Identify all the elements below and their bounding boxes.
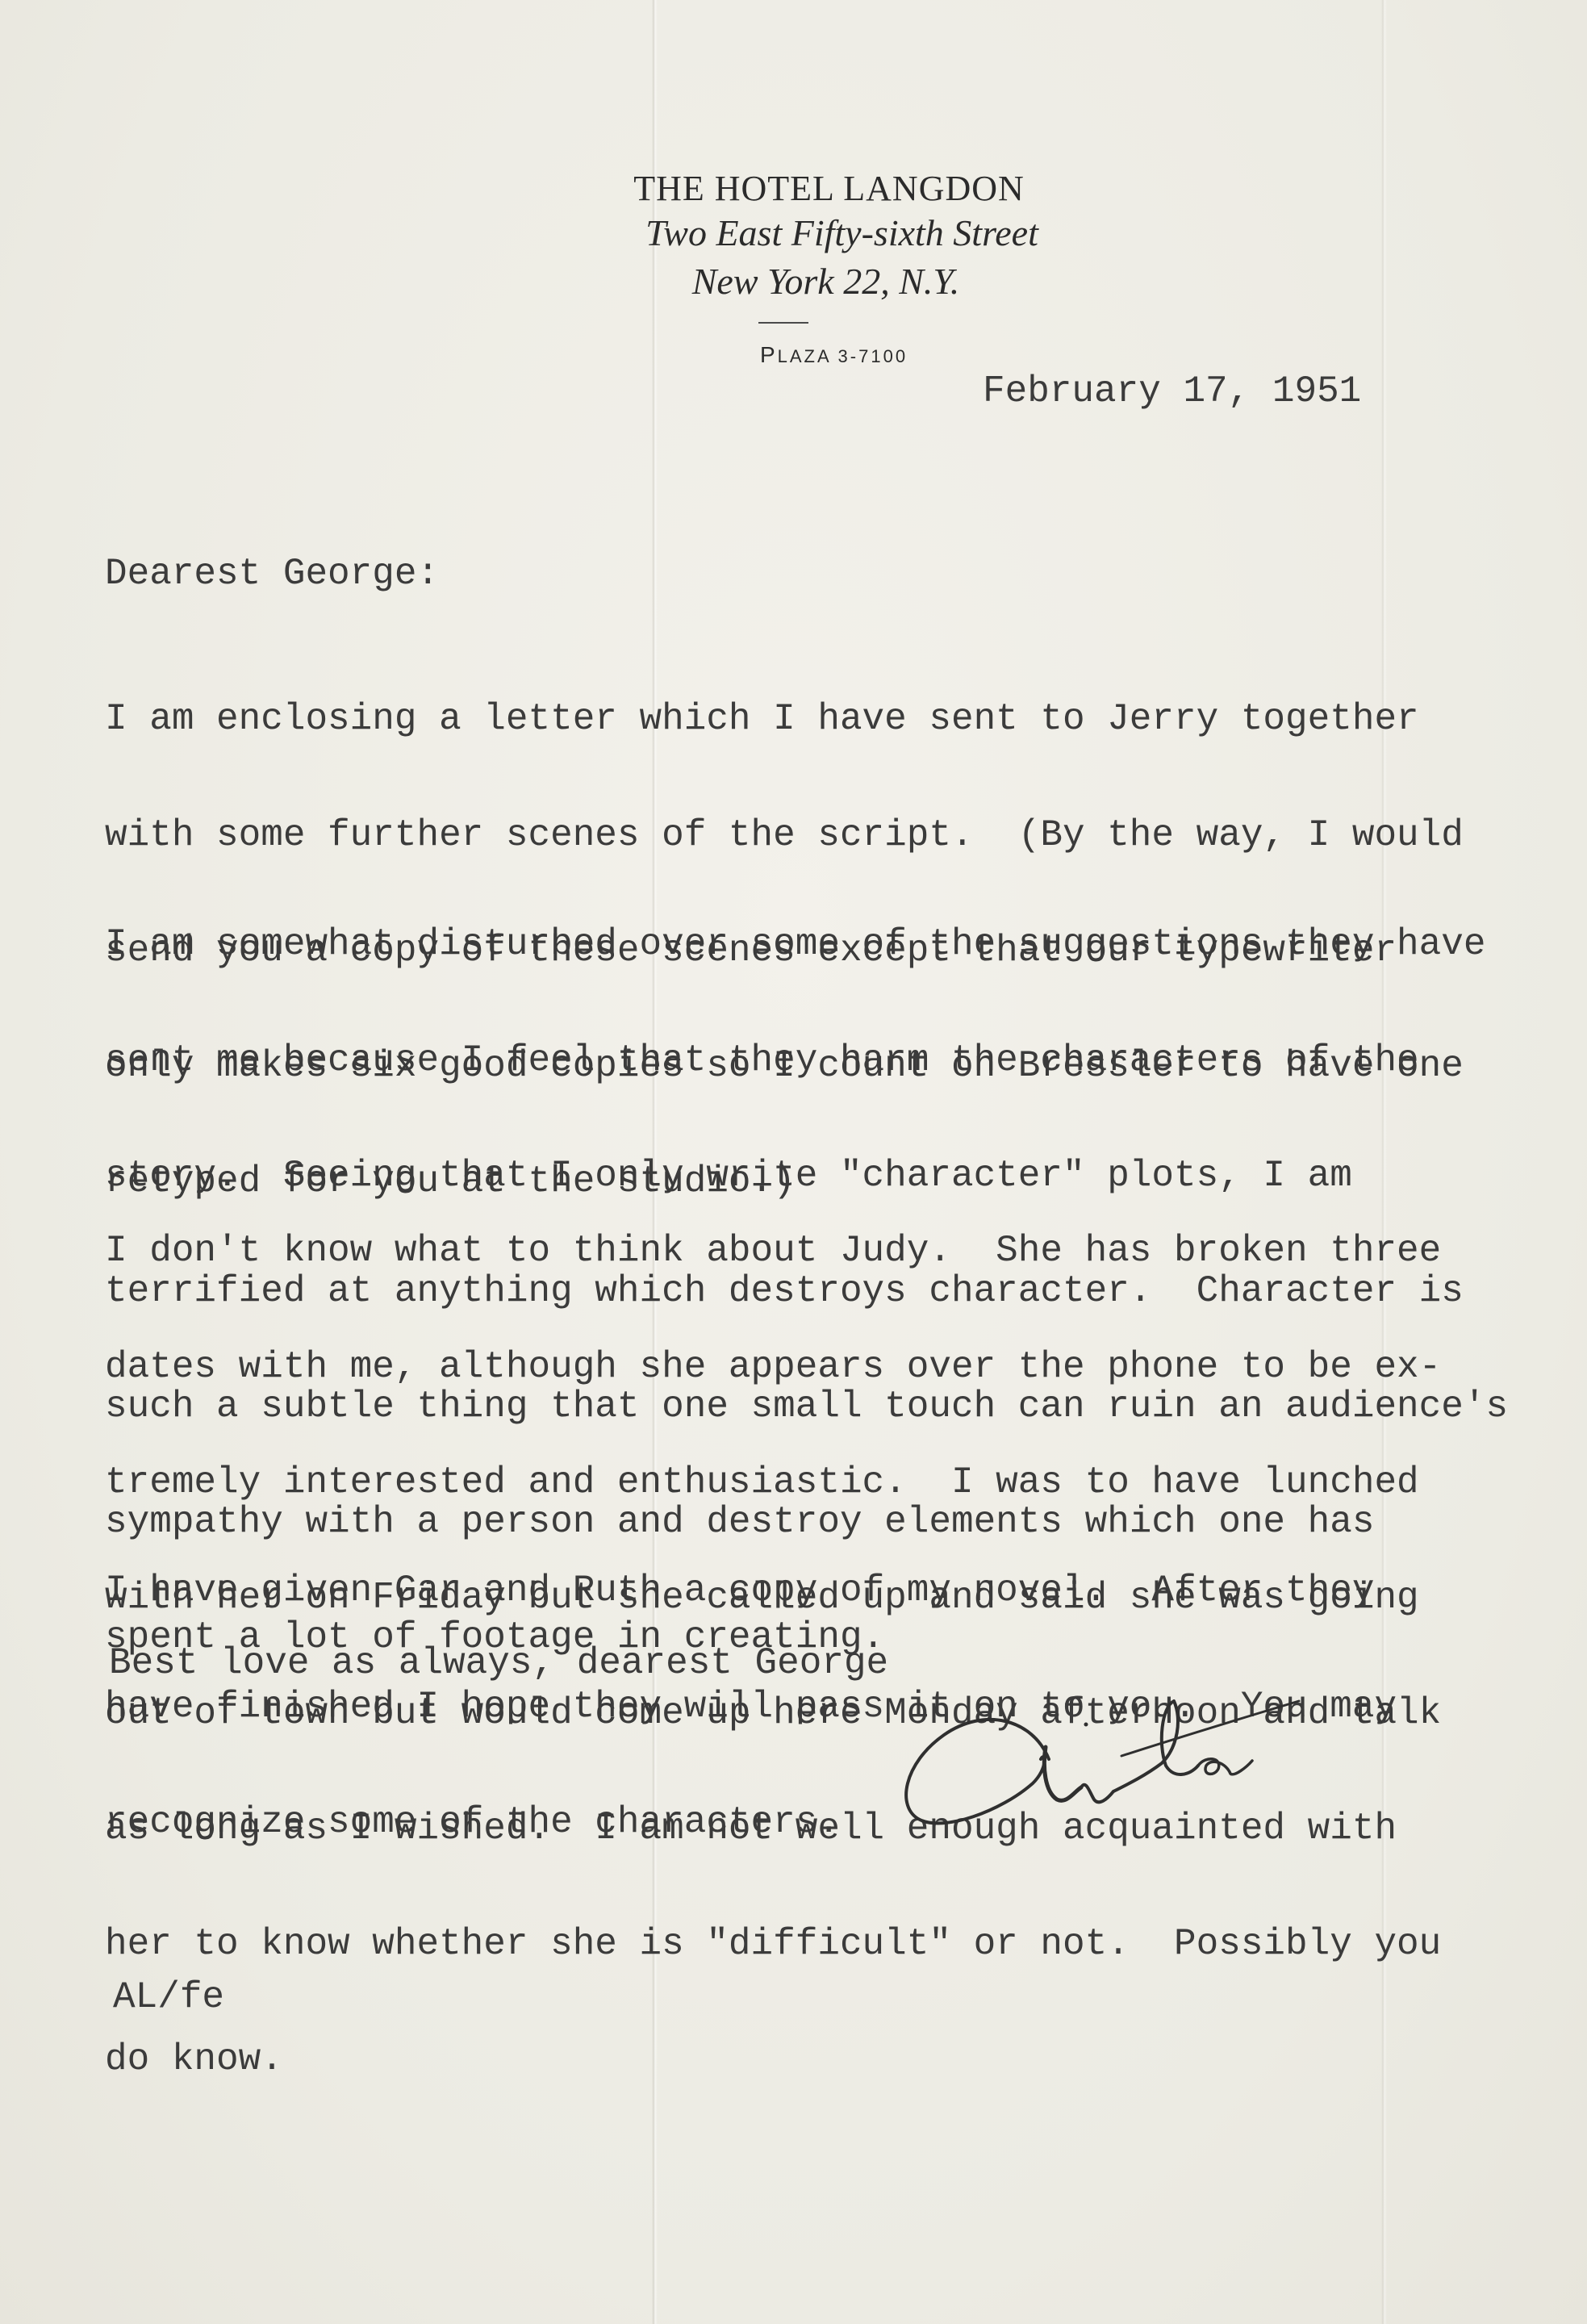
text-line: sent me because I feel that they harm th… xyxy=(105,1042,1508,1080)
letter-date: February 17, 1951 xyxy=(983,373,1361,412)
text-line: I have given Gar and Ruth a copy of my n… xyxy=(105,1572,1397,1611)
hotel-name: THE HOTEL LANGDON xyxy=(35,168,1587,209)
closing-line: Best love as always, dearest George xyxy=(109,1645,888,1683)
text-line: dates with me, although she appears over… xyxy=(105,1348,1441,1387)
hotel-phone-prefix: P xyxy=(760,342,778,367)
hotel-street-address: Two East Fifty-sixth Street xyxy=(48,211,1587,254)
hotel-phone: PLAZA 3-7100 xyxy=(40,342,1587,368)
hotel-city: New York 22, N.Y. xyxy=(32,260,1587,303)
text-line: do know. xyxy=(105,2041,1441,2079)
text-line: I don't know what to think about Judy. S… xyxy=(105,1232,1441,1271)
signature-anita xyxy=(887,1670,1307,1840)
text-line: her to know whether she is "difficult" o… xyxy=(105,1925,1441,1964)
hotel-phone-rest: LAZA 3-7100 xyxy=(778,346,908,366)
salutation: Dearest George: xyxy=(105,555,439,594)
reference-initials: AL/fe xyxy=(113,1979,224,2017)
text-line: I am enclosing a letter which I have sen… xyxy=(105,700,1464,739)
text-line: I am somewhat disturbed over some of the… xyxy=(105,926,1508,964)
letterhead-divider xyxy=(758,322,808,324)
